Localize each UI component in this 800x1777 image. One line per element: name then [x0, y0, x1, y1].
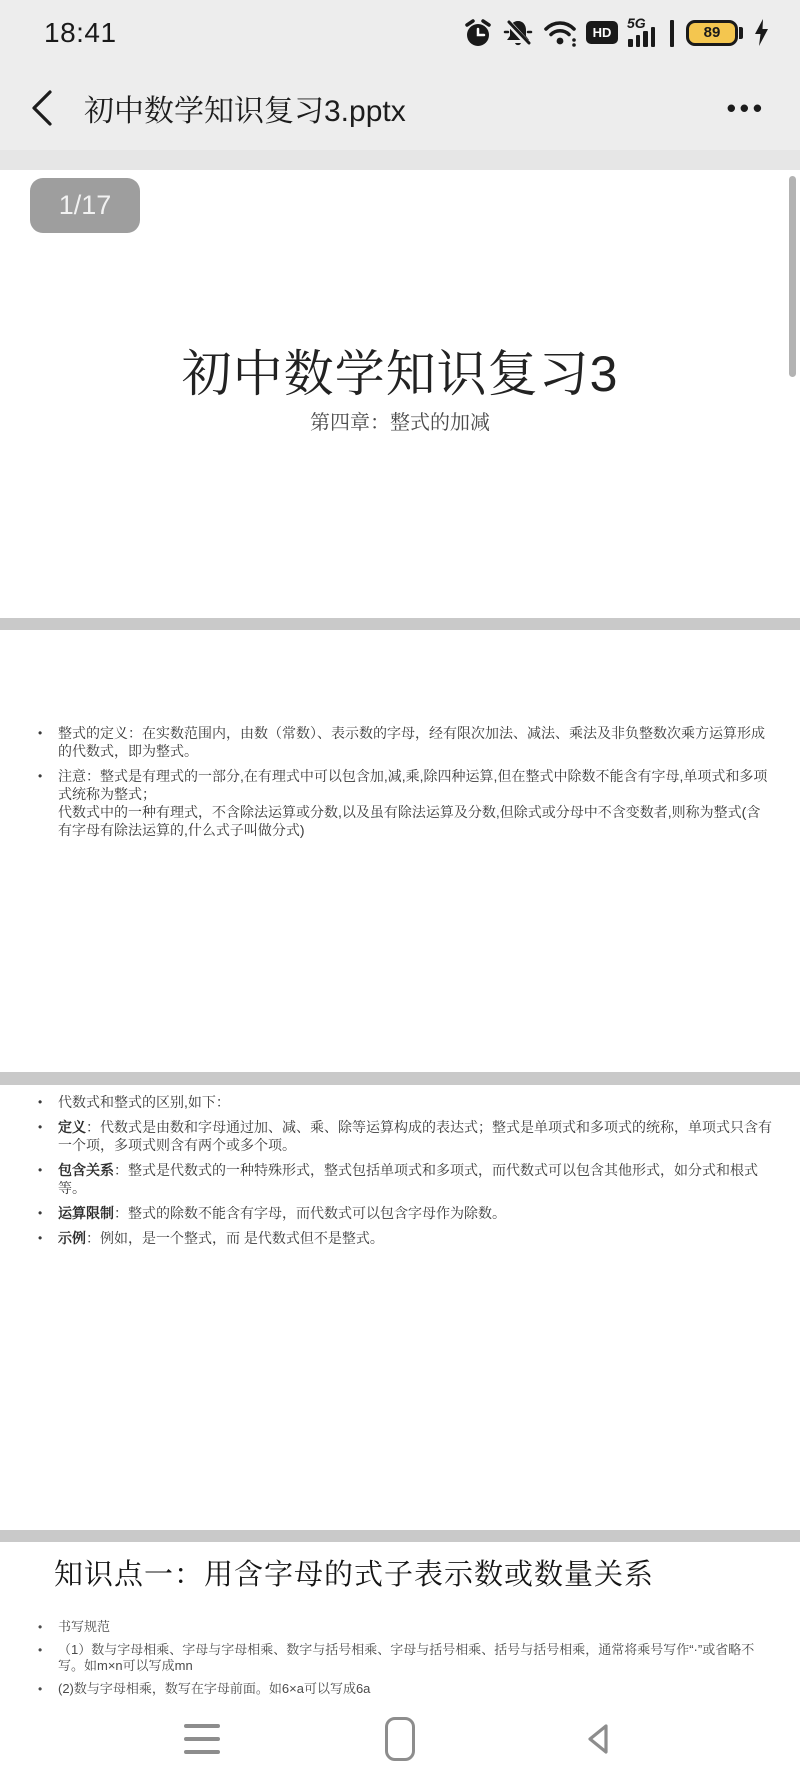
scrollbar[interactable]: [789, 176, 796, 377]
bullet-text: (2)数与字母相乘，数写在字母前面。如6×a可以写成6a: [58, 1681, 370, 1696]
document-scroll-area[interactable]: 1/17 初中数学知识复习3 第四章：整式的加减 整式的定义：在实数范围内，由数…: [0, 150, 800, 1700]
recents-button[interactable]: [182, 1714, 222, 1764]
back-triangle-icon: [582, 1721, 614, 1757]
back-nav-button[interactable]: [578, 1714, 618, 1764]
bullet-text: 代数式和整式的区别,如下：: [58, 1094, 230, 1110]
bullet-text: ：代数式是由数和字母通过加、减、乘、除等运算构成的表达式；整式是单项式和多项式的…: [58, 1119, 772, 1153]
battery-percent: 89: [704, 24, 721, 41]
bullet-text: ：例如，是一个整式，而 是代数式但不是整式。: [86, 1230, 384, 1246]
bullet-label: 定义: [58, 1119, 86, 1135]
list-item: 定义：代数式是由数和字母通过加、减、乘、除等运算构成的表达式；整式是单项式和多项…: [36, 1118, 772, 1154]
document-title: 初中数学知识复习3.pptx: [84, 86, 723, 130]
bullet-label: 示例: [58, 1230, 86, 1246]
list-item: 整式的定义：在实数范围内，由数（常数）、表示数的字母，经有限次加法、减法、乘法及…: [36, 724, 772, 760]
chevron-left-icon: [30, 89, 54, 127]
phone-screen: 18:41: [0, 0, 800, 1777]
page-divider: [0, 1072, 800, 1085]
bullet-text: 书写规范: [58, 1619, 110, 1634]
bullet-list: 书写规范 （1）数与字母相乘、字母与字母相乘、数字与括号相乘、字母与括号相乘、括…: [36, 1619, 772, 1697]
app-bar: 初中数学知识复习3.pptx •••: [0, 65, 800, 150]
slide-subtitle: 第四章：整式的加减: [0, 406, 800, 435]
alarm-icon: [463, 18, 493, 48]
home-button[interactable]: [380, 1714, 420, 1764]
home-icon: [385, 1717, 415, 1761]
list-item: 书写规范: [36, 1619, 772, 1635]
list-item: 注意：整式是有理式的一部分,在有理式中可以包含加,减,乘,除四种运算,但在整式中…: [36, 767, 772, 839]
list-item: 示例：例如，是一个整式，而 是代数式但不是整式。: [36, 1229, 772, 1247]
status-bar: 18:41: [0, 0, 800, 65]
bullet-text: 注意：整式是有理式的一部分,在有理式中可以包含加,减,乘,除四种运算,但在整式中…: [58, 767, 772, 803]
signal-5g-icon: 5G: [627, 17, 677, 48]
slide-title: 初中数学知识复习3: [0, 334, 800, 406]
bullet-text: ：整式是代数式的一种特殊形式，整式包括单项式和多项式，而代数式可以包含其他形式，…: [58, 1162, 758, 1196]
bullet-label: 运算限制: [58, 1205, 114, 1221]
charging-icon: [753, 18, 770, 47]
bullet-text: （1）数与字母相乘、字母与字母相乘、数字与括号相乘、字母与括号相乘、括号与括号相…: [58, 1642, 754, 1673]
bullet-list: 代数式和整式的区别,如下： 定义：代数式是由数和字母通过加、减、乘、除等运算构成…: [36, 1093, 772, 1247]
list-item: 包含关系：整式是代数式的一种特殊形式，整式包括单项式和多项式，而代数式可以包含其…: [36, 1161, 772, 1197]
wifi-icon: [543, 19, 577, 47]
hd-icon: HD: [586, 21, 618, 44]
slide-page-3: 代数式和整式的区别,如下： 定义：代数式是由数和字母通过加、减、乘、除等运算构成…: [0, 1085, 800, 1530]
slide-page-4: 知识点一：用含字母的式子表示数或数量关系 书写规范 （1）数与字母相乘、字母与字…: [0, 1542, 800, 1700]
signal-bars: [628, 27, 655, 47]
bullet-text: 整式的定义：在实数范围内，由数（常数）、表示数的字母，经有限次加法、减法、乘法及…: [58, 725, 765, 759]
recents-icon: [184, 1724, 220, 1754]
back-button[interactable]: [30, 86, 70, 130]
list-item: （1）数与字母相乘、字母与字母相乘、数字与括号相乘、字母与括号相乘、括号与括号相…: [36, 1642, 772, 1674]
signal-bar-secondary: [670, 20, 675, 47]
knowledge-point-heading: 知识点一：用含字母的式子表示数或数量关系: [0, 1542, 800, 1593]
clock: 18:41: [44, 17, 117, 49]
bullet-text: ：整式的除数不能含有字母，而代数式可以包含字母作为除数。: [114, 1205, 506, 1221]
mute-icon: [502, 18, 534, 48]
slide-page-2: 整式的定义：在实数范围内，由数（常数）、表示数的字母，经有限次加法、减法、乘法及…: [0, 630, 800, 1072]
bullet-text-continued: 代数式中的一种有理式，不含除法运算或分数,以及虽有除法运算及分数,但除式或分母中…: [58, 803, 772, 839]
page-divider: [0, 1530, 800, 1542]
more-options-button[interactable]: •••: [723, 95, 770, 121]
status-icons: HD 5G 89: [463, 17, 770, 48]
bullet-label: 包含关系: [58, 1162, 114, 1178]
page-number-badge: 1/17: [30, 178, 140, 233]
list-item: 运算限制：整式的除数不能含有字母，而代数式可以包含字母作为除数。: [36, 1204, 772, 1222]
list-item: (2)数与字母相乘，数写在字母前面。如6×a可以写成6a: [36, 1681, 772, 1697]
system-nav-bar: [0, 1700, 800, 1777]
list-item: 代数式和整式的区别,如下：: [36, 1093, 772, 1111]
bullet-list: 整式的定义：在实数范围内，由数（常数）、表示数的字母，经有限次加法、减法、乘法及…: [36, 724, 772, 839]
page-divider: [0, 618, 800, 630]
slide-page-1: 1/17 初中数学知识复习3 第四章：整式的加减: [0, 170, 800, 618]
battery-icon: 89: [686, 20, 738, 46]
